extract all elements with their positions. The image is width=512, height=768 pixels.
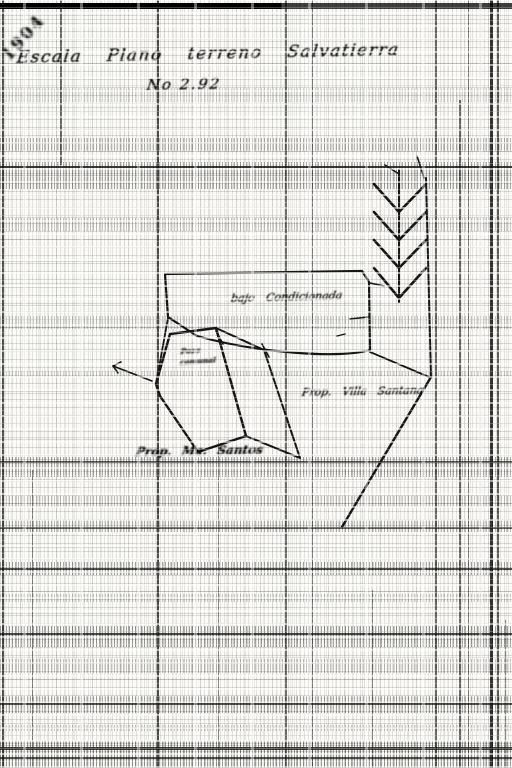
noise-band	[0, 725, 512, 731]
right-area-label: Prop. Villa Santana	[301, 384, 425, 399]
noise-band	[0, 457, 512, 477]
frame-line-vertical	[497, 0, 499, 768]
main-parcel-label: bajo Condicionada	[230, 289, 343, 305]
noise-band	[0, 371, 512, 377]
sketch-number: No 2.92	[146, 75, 223, 94]
west-boundary-line	[156, 318, 168, 384]
east-boundary-line	[426, 178, 431, 377]
noise-band	[0, 316, 512, 329]
grid-line-vertical	[435, 0, 437, 768]
grid-line-vertical	[372, 590, 373, 768]
diagonal-boundary-line	[342, 377, 431, 527]
noise-band	[0, 520, 512, 532]
noise-band	[0, 696, 512, 713]
main-parcel-outline	[165, 271, 370, 354]
bottom-area-label: Prop. Ma. Santos	[135, 443, 264, 459]
horizontal-rule	[0, 527, 512, 529]
small-parcel-label: Pozo comunal	[179, 343, 217, 368]
survey-arrow	[113, 362, 152, 381]
measure-dashes	[337, 317, 368, 336]
noise-band	[0, 741, 512, 768]
grid-line-vertical	[459, 100, 461, 768]
corner-connector-line	[370, 352, 429, 377]
horizontal-rule	[0, 568, 512, 570]
grid-line-vertical	[312, 0, 313, 768]
horizontal-rule	[0, 757, 512, 759]
horizontal-rule	[0, 633, 512, 635]
north-feather-icon	[374, 156, 426, 302]
noise-band	[0, 562, 512, 575]
frame-line-vertical	[490, 0, 493, 768]
sketch-title: Escala Plano terreno Salvatierra	[16, 42, 318, 68]
horizontal-rule	[0, 747, 512, 750]
noise-band	[0, 138, 512, 151]
horizontal-rule	[0, 461, 512, 463]
noise-band	[0, 88, 512, 102]
grid-line-vertical	[468, 0, 469, 768]
horizontal-rule	[0, 166, 512, 168]
grid-line-vertical	[218, 440, 219, 768]
horizontal-rule	[0, 703, 512, 705]
photocopy-speckle-overlay	[0, 0, 512, 768]
grid-line-vertical	[157, 0, 159, 768]
grid-line-vertical	[60, 0, 62, 165]
top-border-line	[0, 3, 512, 9]
noise-band	[0, 218, 512, 231]
small-parcel-label-line2: comunal	[179, 355, 216, 369]
graph-paper-texture	[0, 0, 512, 768]
boundary-ticks	[216, 331, 269, 357]
noise-band	[0, 626, 512, 647]
grid-line-vertical	[32, 470, 33, 768]
scanned-sketch-page: 1904 Esc	[0, 0, 512, 768]
noise-band	[0, 659, 512, 673]
grid-line-vertical	[285, 0, 287, 768]
grid-line-vertical	[505, 620, 506, 768]
noise-band	[0, 496, 512, 507]
small-parcel-b-outline	[216, 328, 300, 458]
noise-band	[0, 594, 512, 602]
frame-line-vertical	[2, 0, 4, 768]
parcel-spur-line	[370, 283, 384, 286]
survey-sketch-drawing	[0, 0, 512, 768]
noise-band	[0, 162, 512, 189]
